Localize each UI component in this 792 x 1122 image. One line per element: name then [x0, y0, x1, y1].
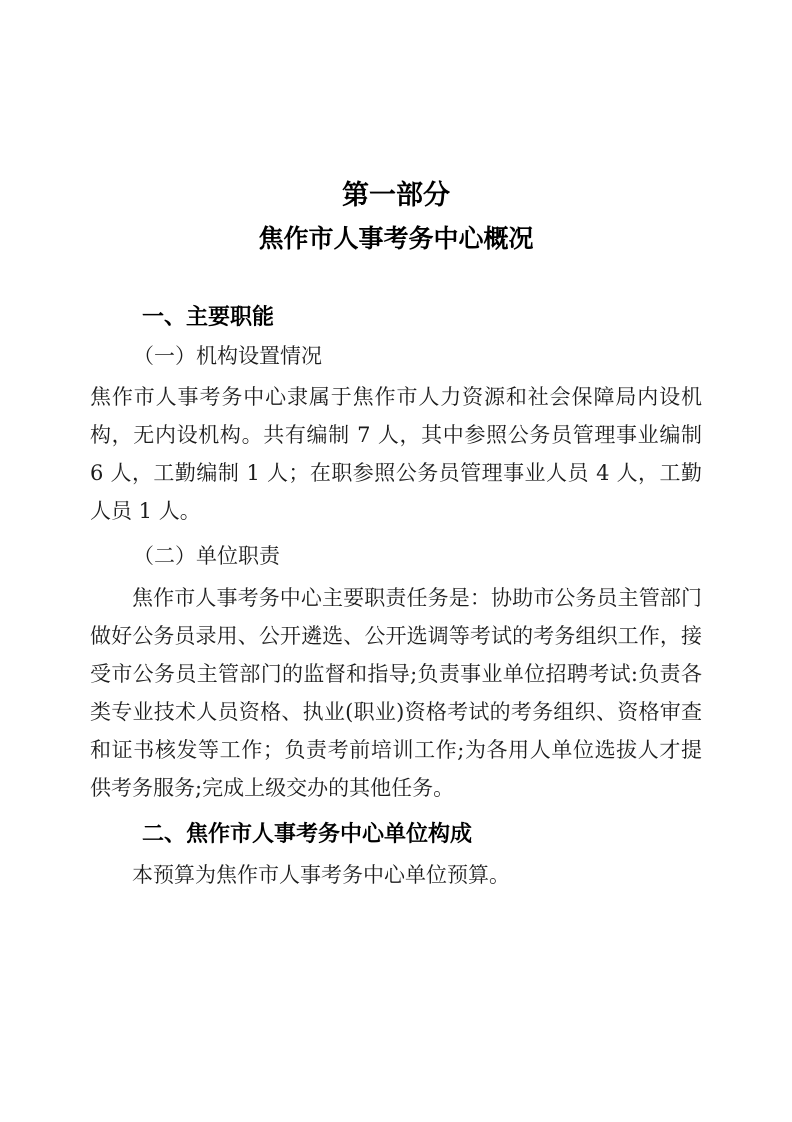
document-subtitle: 焦作市人事考务中心概况 [90, 225, 702, 254]
section-1-heading: 一、主要职能 [142, 304, 702, 330]
document-part-title: 第一部分 [90, 180, 702, 211]
section-1-subsection-1-heading: （一）机构设置情况 [133, 344, 702, 369]
document-page: 第一部分 焦作市人事考务中心概况 一、主要职能 （一）机构设置情况 焦作市人事考… [0, 0, 792, 1122]
paragraph-organization-setup: 焦作市人事考务中心隶属于焦作市人力资源和社会保障局内设机构，无内设机构。共有编制… [90, 378, 702, 530]
paragraph-budget-unit: 本预算为焦作市人事考务中心单位预算。 [90, 856, 702, 894]
section-2-heading: 二、焦作市人事考务中心单位构成 [142, 821, 702, 847]
paragraph-unit-duties: 焦作市人事考务中心主要职责任务是：协助市公务员主管部门做好公务员录用、公开遴选、… [90, 579, 702, 807]
section-1-subsection-2-heading: （二）单位职责 [133, 544, 702, 569]
document-content: 第一部分 焦作市人事考务中心概况 一、主要职能 （一）机构设置情况 焦作市人事考… [90, 0, 702, 894]
